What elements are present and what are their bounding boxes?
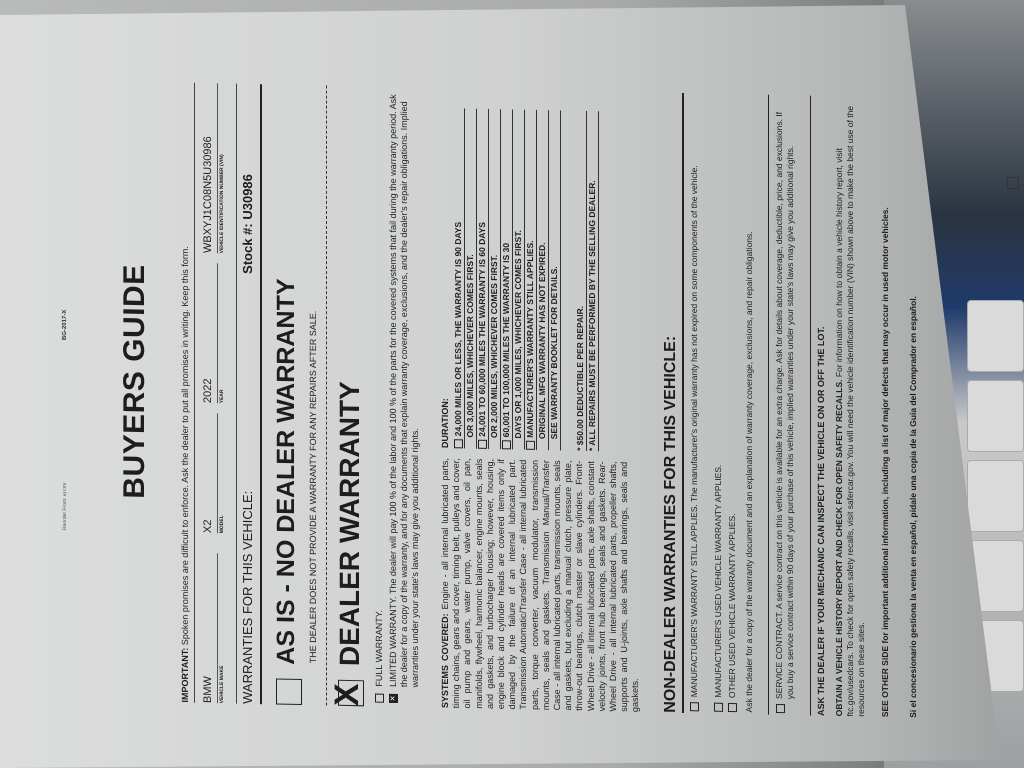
paper-sheet: Reorder From: ej cmr BG-2017-X BUYERS GU… xyxy=(0,0,1024,768)
duration-checkbox[interactable] xyxy=(478,440,487,449)
vehicle-make-field: BMW VEHICLE MAKE xyxy=(202,553,225,703)
mechanic-notice: ASK THE DEALER IF YOUR MECHANIC CAN INSP… xyxy=(816,96,827,716)
buyers-guide-form: Reorder From: ej cmr BG-2017-X BUYERS GU… xyxy=(62,20,962,759)
duration-checkbox[interactable] xyxy=(526,441,535,450)
x-mark-icon: X xyxy=(330,683,364,706)
full-warranty-label: FULL WARRANTY. xyxy=(374,610,384,687)
keyboard-key xyxy=(967,300,1024,372)
service-contract-text: SERVICE CONTRACT. A service contract on … xyxy=(774,99,796,699)
limited-warranty-checkbox[interactable]: ✕ xyxy=(389,694,398,703)
limited-warranty-text: LIMITED WARRANTY. The dealer will pay 10… xyxy=(388,87,421,688)
as-is-subtitle: THE DEALER DOES NOT PROVIDE A WARRANTY F… xyxy=(308,311,318,664)
vehicle-model-field: X2 MODEL xyxy=(202,413,225,533)
service-contract-checkbox[interactable] xyxy=(776,704,785,713)
systems-covered: SYSTEMS COVERED: Engine - all internal l… xyxy=(440,458,642,712)
other-used-warranty-checkbox[interactable] xyxy=(728,703,737,712)
as-is-title: AS IS - NO DEALER WARRANTY xyxy=(272,278,301,665)
spanish-notice: Si el concesionario gestiona la venta en… xyxy=(908,98,919,718)
dealer-warranty-title: DEALER WARRANTY xyxy=(334,381,366,666)
manufacturer-warranty-item: MANUFACTURER'S WARRANTY STILL APPLIES. T… xyxy=(689,97,699,697)
reorder-credit: Reorder From: ej cmr xyxy=(62,482,68,530)
form-number: BG-2017-X xyxy=(62,310,68,340)
duration-option[interactable]: 60,001 TO 100,000 MILES THE WARRANTY IS … xyxy=(501,109,525,450)
important-notice: IMPORTANT: Spoken promises are difficult… xyxy=(180,82,195,702)
vehicle-vin-field: WBXYJ1C08N5U30986 VEHICLE IDENTIFICATION… xyxy=(202,83,225,253)
warranties-heading: WARRANTIES FOR THIS VEHICLE: xyxy=(240,491,255,704)
duration-checkbox[interactable] xyxy=(502,440,511,449)
ask-copy-text: Ask the dealer for a copy of the warrant… xyxy=(744,92,755,712)
duration-label: DURATION: xyxy=(440,108,450,448)
non-dealer-heading: NON-DEALER WARRANTIES FOR THIS VEHICLE: xyxy=(662,336,680,713)
duration-section: DURATION: 24,000 MILES OR LESS, THE WARR… xyxy=(440,108,599,451)
duration-option[interactable]: 24,000 MILES OR LESS, THE WARRANTY IS 90… xyxy=(453,108,477,449)
duration-checkbox[interactable] xyxy=(454,439,463,448)
manufacturer-warranty-checkbox[interactable] xyxy=(690,702,699,711)
manufacturer-used-warranty-item: MANUFACTURER'S USED VEHICLE WARRANTY APP… xyxy=(713,465,723,698)
vehicle-year-field: 2022 YEAR xyxy=(202,263,225,403)
divider xyxy=(682,93,684,713)
important-label: IMPORTANT: xyxy=(180,648,190,703)
other-used-warranty-item: OTHER USED VEHICLE WARRANTY APPLIES. xyxy=(727,513,737,698)
full-warranty-checkbox[interactable] xyxy=(375,694,384,703)
divider xyxy=(768,95,769,715)
divider xyxy=(810,96,811,716)
divider xyxy=(260,84,262,704)
history-report-notice: OBTAIN A VEHICLE HISTORY REPORT AND CHEC… xyxy=(834,96,867,717)
duration-option[interactable]: 24,001 TO 60,000 MILES THE WARRANTY IS 6… xyxy=(477,109,501,450)
stray-checkbox xyxy=(1007,177,1019,189)
stock-number: Stock #: U30986 xyxy=(240,174,255,274)
keyboard-key xyxy=(967,460,1024,532)
repairs-note: * ALL REPAIRS MUST BE PERFORMED BY THE S… xyxy=(587,111,599,451)
vehicle-info-row: BMW VEHICLE MAKE X2 MODEL 2022 YEAR WBXY… xyxy=(202,83,237,704)
page-title: BUYERS GUIDE xyxy=(118,21,152,742)
dashed-divider xyxy=(326,86,327,706)
duration-option[interactable]: MANUFACTURER'S WARRANTY STILL APPLIES. O… xyxy=(525,110,561,451)
as-is-checkbox[interactable] xyxy=(276,678,302,705)
keyboard-key xyxy=(967,380,1024,452)
other-side-notice: SEE OTHER SIDE for important additional … xyxy=(880,97,891,717)
important-text: Spoken promises are difficult to enforce… xyxy=(180,246,190,645)
manufacturer-used-warranty-checkbox[interactable] xyxy=(714,703,723,712)
deductible-note: * $50.00 DEDUCTIBLE PER REPAIR. xyxy=(575,111,587,451)
